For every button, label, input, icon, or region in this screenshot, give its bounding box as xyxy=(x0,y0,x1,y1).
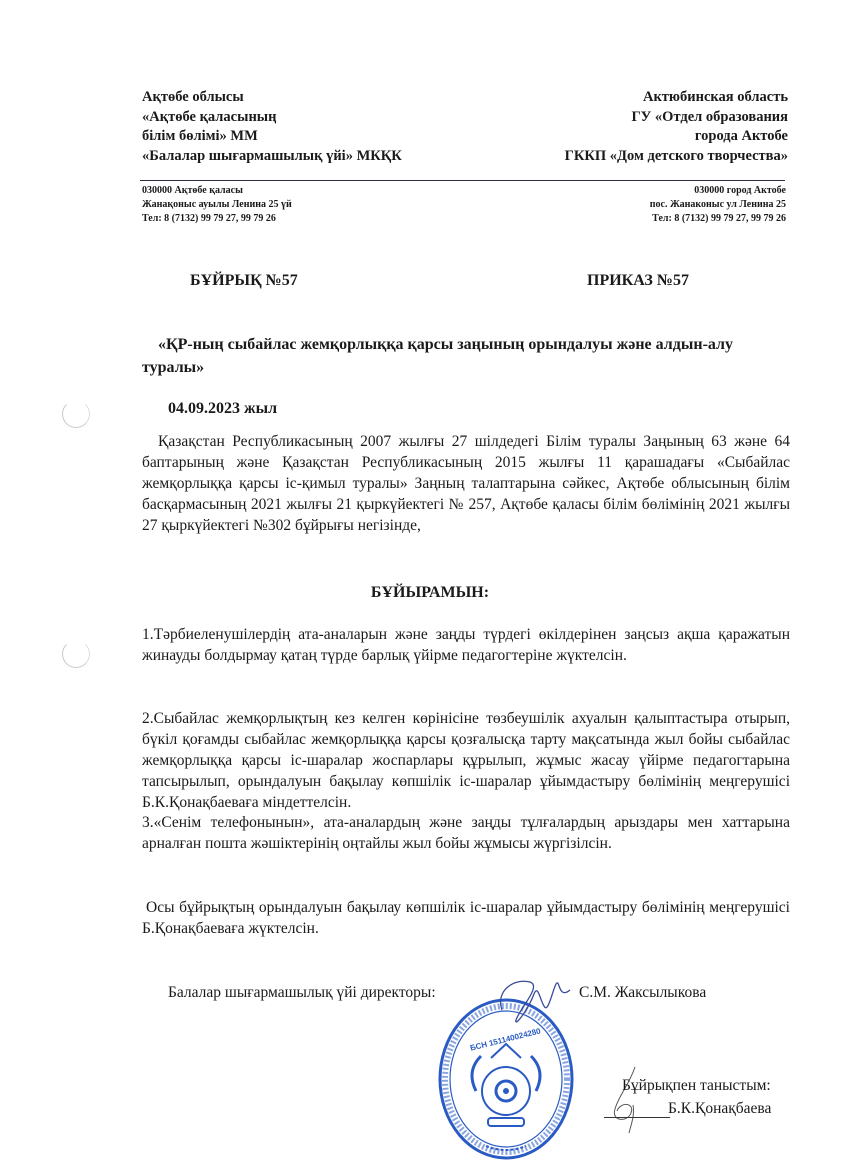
address-line: 030000 Ақтөбе қаласы xyxy=(142,184,292,198)
order-date: 04.09.2023 жыл xyxy=(168,400,277,418)
ack-signature-icon xyxy=(605,1065,645,1135)
acknowledgement-label: Бұйрықпен таныстым: xyxy=(622,1077,771,1095)
header-line: білім бөлімі» ММ xyxy=(142,127,402,147)
header-line: ГУ «Отдел образования xyxy=(565,108,788,128)
acknowledgement-name: Б.К.Қонақбаева xyxy=(668,1100,771,1118)
header-line: Актюбинская область xyxy=(565,88,788,108)
punch-hole-mark xyxy=(62,400,90,428)
stamp-bin: БСН 151140024280 xyxy=(469,1026,542,1052)
address-left-kz: 030000 Ақтөбе қаласы Жанақоныс ауылы Лен… xyxy=(142,184,292,226)
header-line: Ақтөбе облысы xyxy=(142,88,402,108)
order-title-ru: ПРИКАЗ №57 xyxy=(587,272,689,290)
header-line: «Балалар шығармашылық үйі» МКҚК xyxy=(142,147,402,167)
header-line: ГККП «Дом детского творчества» xyxy=(565,147,788,167)
order-item-3: 3.«Сенім телефонынын», ата-аналардың жән… xyxy=(142,812,790,854)
address-line: Жанақоныс ауылы Ленина 25 үй xyxy=(142,198,292,212)
closing-paragraph: Осы бұйрықтың орындалуын бақылау көпшілі… xyxy=(142,897,790,939)
header-divider xyxy=(140,180,785,181)
command-heading: БҰЙЫРАМЫН: xyxy=(0,584,850,602)
address-line: 030000 город Актобе xyxy=(650,184,786,198)
address-right-ru: 030000 город Актобе пос. Жанаконыс ул Ле… xyxy=(650,184,786,226)
header-left-kz: Ақтөбе облысы «Ақтөбе қаласының білім бө… xyxy=(142,88,402,166)
header-right-ru: Актюбинская область ГУ «Отдел образовани… xyxy=(565,88,788,166)
order-subject: «ҚР-ның сыбайлас жемқорлыққа қарсы заңын… xyxy=(142,333,792,379)
order-title-kz: БҰЙРЫҚ №57 xyxy=(190,272,298,290)
director-name: С.М. Жаксылыкова xyxy=(579,984,706,1002)
header-line: «Ақтөбе қаласының xyxy=(142,108,402,128)
director-label: Балалар шығармашылық үйі директоры: xyxy=(168,984,436,1002)
document-page: Ақтөбе облысы «Ақтөбе қаласының білім бө… xyxy=(0,0,850,1170)
address-line: Тел: 8 (7132) 99 79 27, 99 79 26 xyxy=(650,212,786,226)
order-item-2: 2.Сыбайлас жемқорлықтың кез келген көрін… xyxy=(142,708,790,813)
order-item-1: 1.Тәрбиеленушілердің ата-аналарын және з… xyxy=(142,624,790,666)
signature-line xyxy=(604,1117,670,1118)
header-line: города Актобе xyxy=(565,127,788,147)
address-line: Тел: 8 (7132) 99 79 27, 99 79 26 xyxy=(142,212,292,226)
punch-hole-mark xyxy=(62,640,90,668)
preamble-paragraph: Қазақстан Республикасының 2007 жылғы 27 … xyxy=(142,431,790,536)
director-signature-icon xyxy=(490,970,580,1030)
address-line: пос. Жанаконыс ул Ленина 25 xyxy=(650,198,786,212)
